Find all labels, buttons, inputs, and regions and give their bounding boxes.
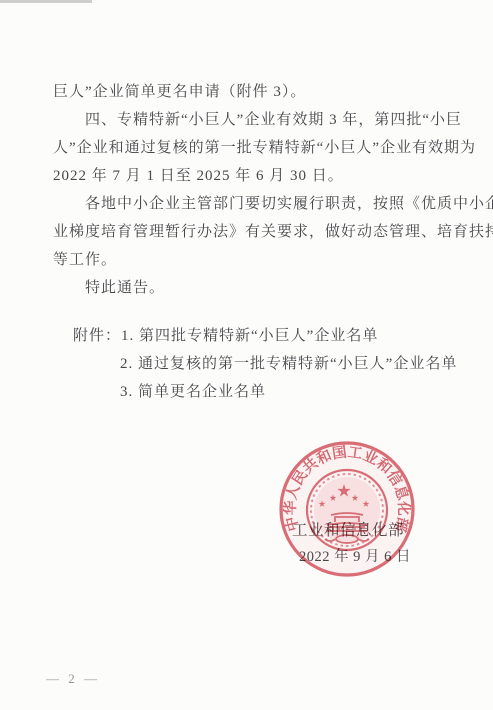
- body-line: 业梯度培育管理暂行办法》有关要求，做好动态管理、培育扶持: [53, 218, 463, 246]
- body-line: 人”企业和通过复核的第一批专精特新“小巨人”企业有效期为: [53, 134, 463, 162]
- scan-edge-artifact: [0, 0, 92, 3]
- body-line: 四、专精特新“小巨人”企业有效期 3 年，第四批“小巨: [53, 106, 463, 134]
- body-line: 特此通告。: [53, 274, 463, 302]
- attachment-row: 2. 通过复核的第一批专精特新“小巨人”企业名单: [73, 350, 463, 378]
- page-number: — 2 —: [46, 671, 100, 687]
- attachment-row: 附件：1. 第四批专精特新“小巨人”企业名单: [73, 322, 463, 350]
- document-body: 巨人”企业简单更名申请（附件 3）。 四、专精特新“小巨人”企业有效期 3 年，…: [53, 78, 463, 406]
- attachments-list: 附件：1. 第四批专精特新“小巨人”企业名单 2. 通过复核的第一批专精特新“小…: [53, 322, 463, 406]
- body-line: 巨人”企业简单更名申请（附件 3）。: [53, 78, 463, 106]
- body-line: 2022 年 7 月 1 日至 2025 年 6 月 30 日。: [53, 162, 463, 190]
- body-line: 等工作。: [53, 246, 463, 274]
- attachment-item: 3. 简单更名企业名单: [120, 384, 266, 400]
- attachment-row: 3. 简单更名企业名单: [73, 378, 463, 406]
- attachment-item: 1. 第四批专精特新“小巨人”企业名单: [121, 328, 378, 344]
- body-line: 各地中小企业主管部门要切实履行职责，按照《优质中小企: [53, 190, 463, 218]
- attachments-label: 附件：: [73, 328, 121, 344]
- seal-national-emblem-icon: [307, 470, 387, 550]
- official-seal-miit: 中华人民共和国工业和信息化部: [275, 437, 419, 581]
- document-page: 巨人”企业简单更名申请（附件 3）。 四、专精特新“小巨人”企业有效期 3 年，…: [0, 0, 493, 710]
- attachment-item: 2. 通过复核的第一批专精特新“小巨人”企业名单: [120, 356, 457, 372]
